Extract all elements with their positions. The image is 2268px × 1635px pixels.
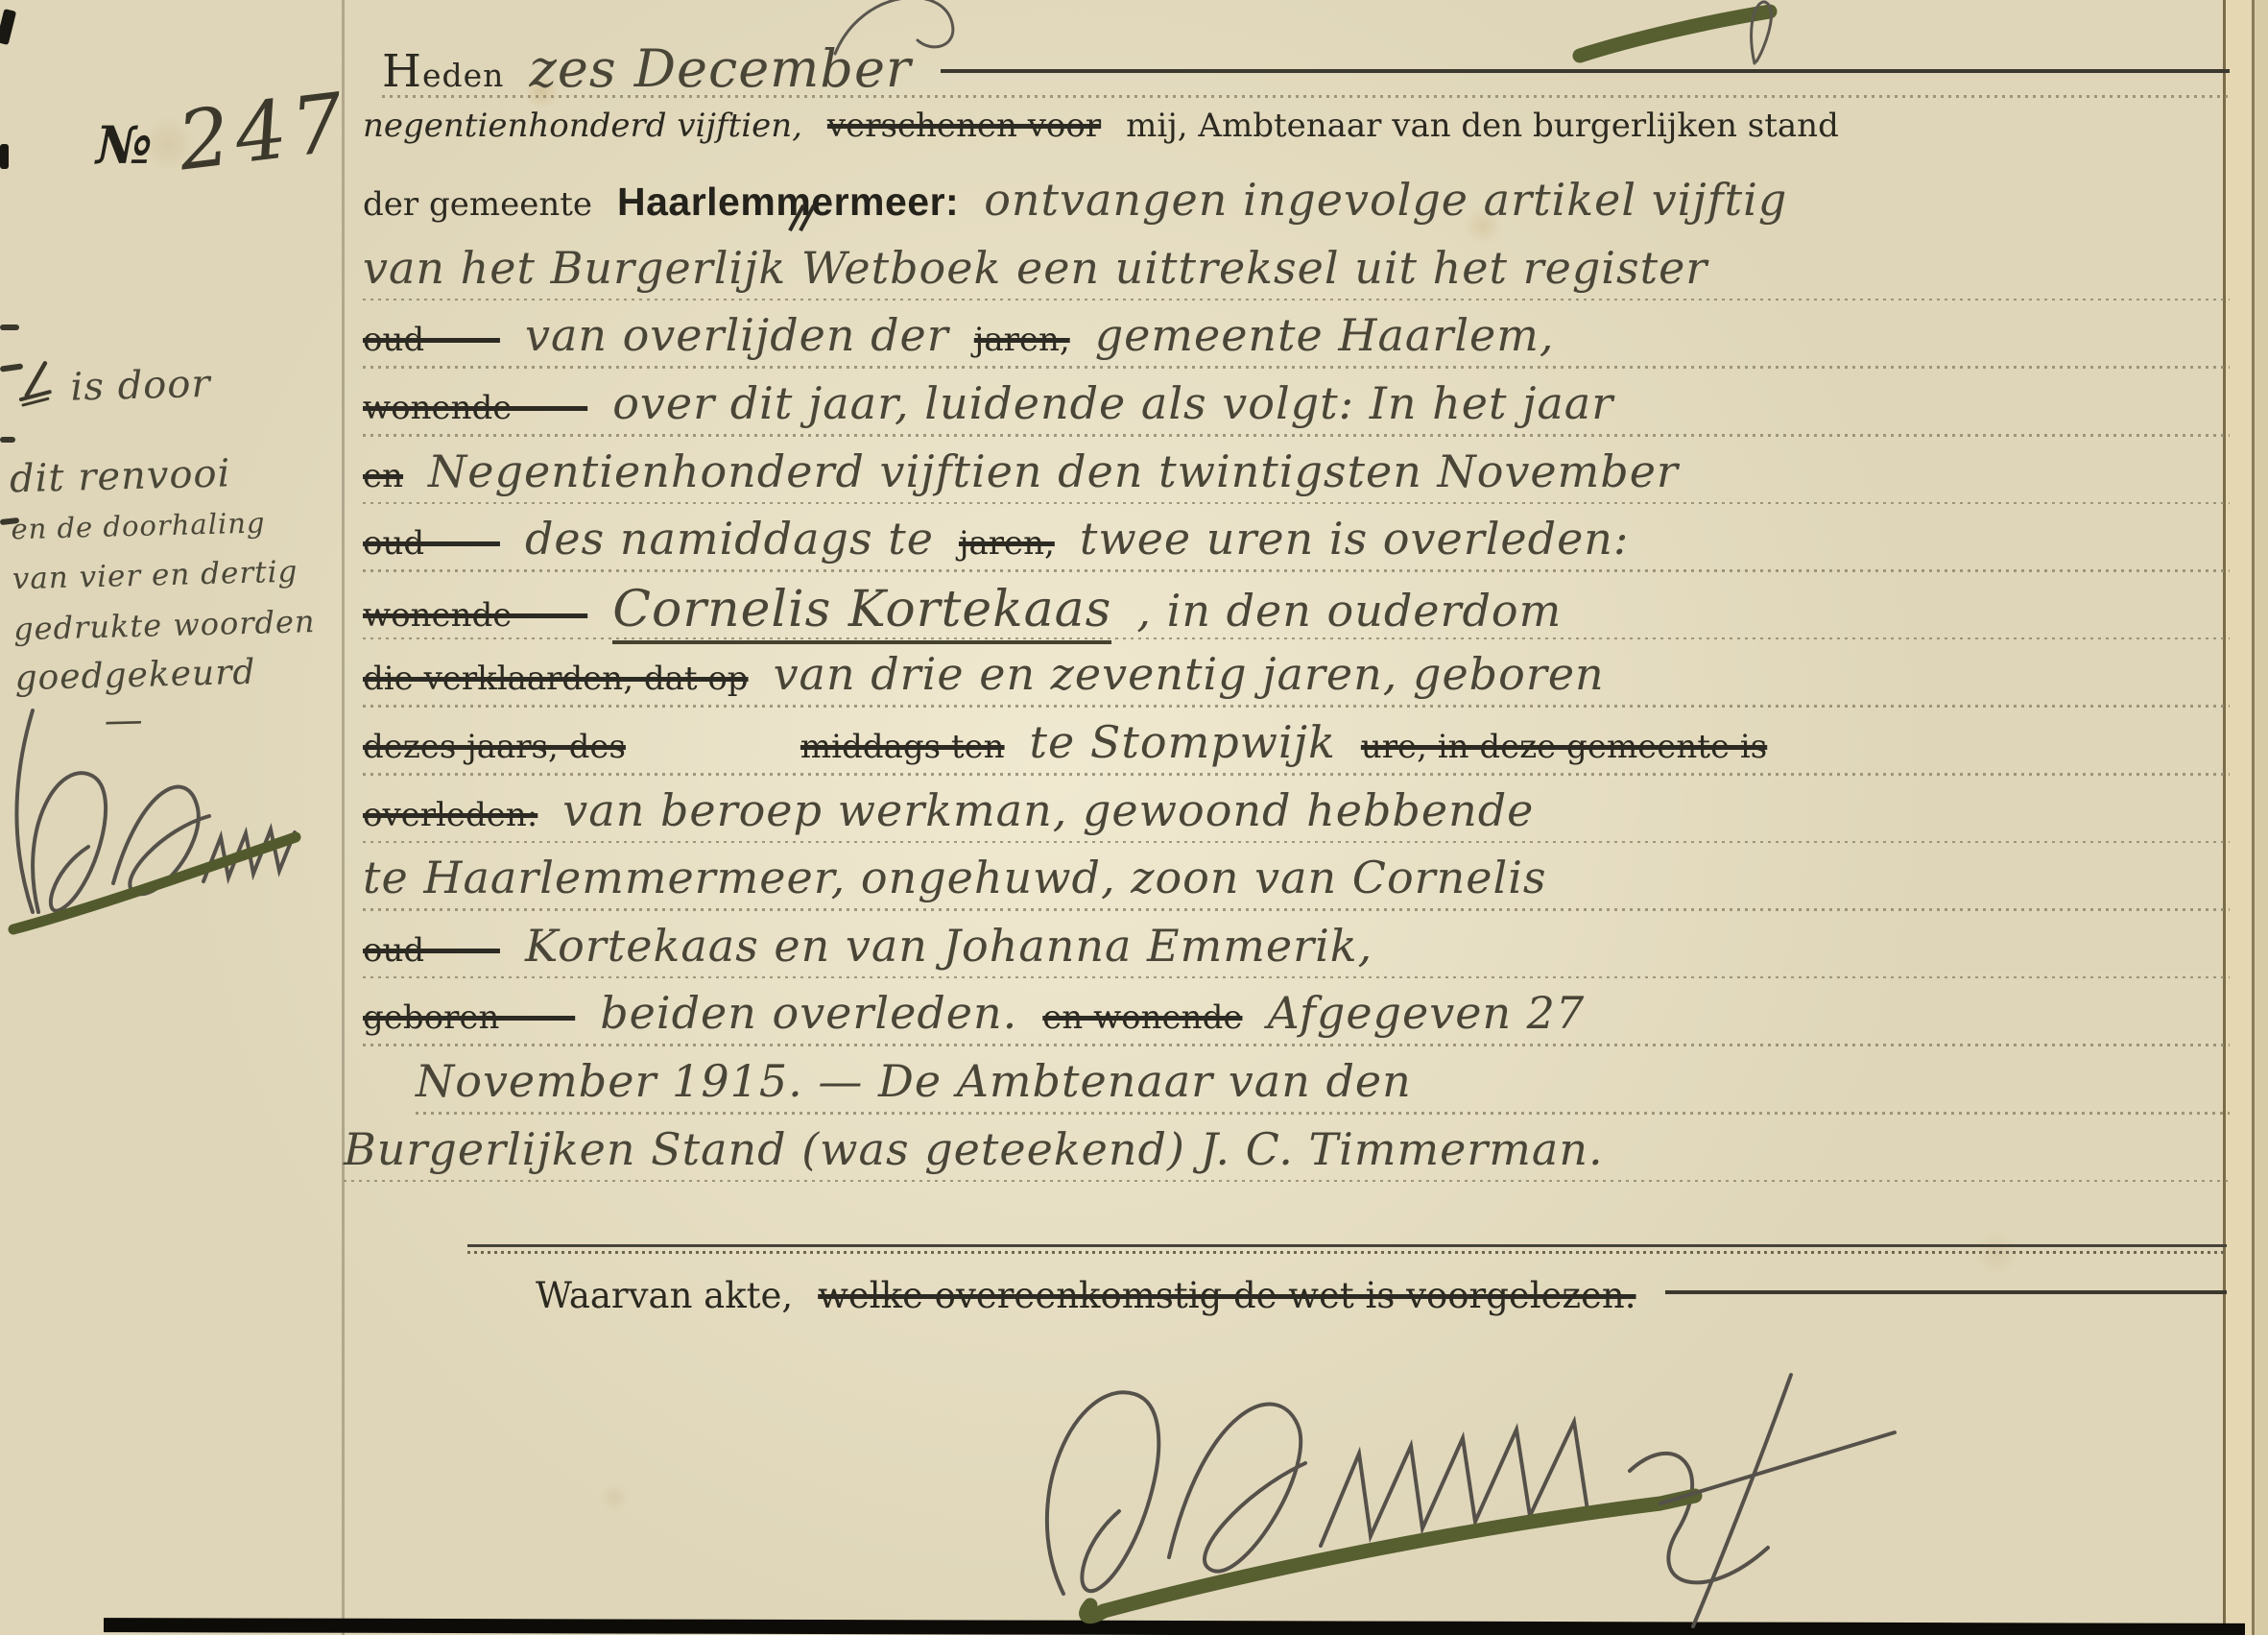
handwritten-text: Cornelis Kortekaas (612, 581, 1111, 644)
struck-printed-text: dezes jaars, des (363, 728, 626, 766)
handwritten-text: Kortekaas en van Johanna Emmerik, (525, 920, 1373, 972)
act-number-value: 247 (173, 75, 354, 189)
section-divider-rule (467, 1244, 2227, 1247)
struck-printed-text: wonende —— (363, 389, 587, 427)
struck-text: welke overeenkomstig de wet is voorgelez… (818, 1275, 1635, 1316)
renvooi-mark-icon (14, 360, 57, 420)
ruled-line (1665, 1290, 2227, 1294)
struck-printed-text: overleden: (363, 796, 537, 834)
struck-printed-text: middags ten (800, 728, 1005, 766)
top-flourish (825, 0, 989, 60)
struck-printed-text: die verklaarden, dat op (363, 660, 749, 698)
printed-text: mij, Ambtenaar van den burgerlijken stan… (1126, 107, 1839, 145)
act-number-label: № (96, 114, 153, 176)
form-line: Burgerlijken Stand (was geteekend) J. C.… (344, 1123, 2230, 1191)
form-line: oud ——Kortekaas en van Johanna Emmerik, (363, 920, 2230, 988)
struck-printed-text: oud —— (363, 524, 500, 563)
form-line: overleden:van beroep werkman, gewoond he… (363, 784, 2230, 853)
struck-printed-text: geboren —— (363, 998, 575, 1037)
page-edge-strip (2226, 0, 2252, 1635)
form-line: wonende ——over dit jaar, luidende als vo… (363, 377, 2230, 445)
form-line: oud ——van overlijden derjaren,gemeente H… (363, 309, 2230, 377)
top-right-pen-stroke (1564, 0, 1795, 72)
form-line: te Haarlemmermeer, ongehuwd, zoon van Co… (363, 852, 2230, 920)
form-line: negentienhonderd vijftien,verschenen voo… (363, 107, 2230, 175)
handwritten-text: twee uren is overleden: (1080, 513, 1630, 565)
printed-text: negentienhonderd vijftien, (363, 107, 802, 145)
handwritten-text: van overlijden der (525, 309, 949, 361)
struck-printed-text: verschenen voor (827, 107, 1101, 145)
handwritten-text: Burgerlijken Stand (was geteekend) J. C.… (344, 1123, 1604, 1175)
form-line: dezes jaars, desmiddags tente Stompwijku… (363, 716, 2230, 784)
form-line: der gemeenteHaarlemmermeer:ontvangen ing… (363, 174, 2230, 242)
margin-note-line: dit renvooi (9, 446, 326, 505)
form-line: Hedenzes December (382, 38, 2230, 107)
struck-printed-text: ure, in deze gemeente is (1361, 728, 1767, 766)
registrar-signature (989, 1317, 1910, 1635)
struck-printed-text: jaren, (974, 321, 1070, 359)
struck-printed-text: jaren, (959, 524, 1055, 563)
handwritten-text: Negentienhonderd vijftien den twintigste… (428, 445, 1679, 497)
margin-note-line: en de doorhaling (11, 496, 328, 555)
form-line: van het Burgerlijk Wetboek een uittrekse… (363, 242, 2230, 310)
insertion-caret-icon (795, 204, 833, 236)
handwritten-text: van drie en zeventig jaren, geboren (774, 648, 1605, 700)
scan-smudge (0, 144, 9, 169)
handwritten-text: te Haarlemmermeer, ongehuwd, zoon van Co… (363, 852, 1547, 903)
form-line: die verklaarden, dat opvan drie en zeven… (363, 648, 2230, 716)
struck-printed-text: wonende —— (363, 596, 587, 635)
handwritten-text: des namiddags te (525, 513, 934, 565)
margin-rule (342, 0, 345, 1635)
act-number: № 247 (96, 88, 349, 182)
form-lines: Hedenzes Decembernegentienhonderd vijfti… (363, 38, 2230, 1190)
printed-text: Waarvan akte, (536, 1275, 793, 1316)
form-line: wonende ——Cornelis Kortekaas, in den oud… (363, 581, 2230, 649)
margin-note-text: is door (70, 362, 211, 410)
form-line: oud ——des namiddags tejaren,twee uren is… (363, 513, 2230, 581)
printed-text: Heden (382, 45, 504, 98)
handwritten-text: ontvangen ingevolge artikel vijftig (984, 174, 1787, 226)
handwritten-text: , in den ouderdom (1136, 585, 1562, 637)
struck-printed-text: en wonende (1042, 998, 1242, 1037)
handwritten-text: over dit jaar, luidende als volgt: In he… (612, 377, 1613, 429)
handwritten-text: gemeente Haarlem, (1095, 309, 1555, 361)
printed-text: Haarlemmermeer: (617, 180, 959, 225)
margin-note-line: van vier en dertig (12, 546, 329, 605)
struck-printed-text: en (363, 457, 403, 495)
scan-smudge (0, 9, 16, 45)
scan-smudge (0, 325, 19, 330)
handwritten-text: van beroep werkman, gewoond hebbende (562, 784, 1534, 836)
form-line: November 1915. — De Ambtenaar van den (416, 1055, 2230, 1123)
handwritten-text: Afgegeven 27 (1267, 987, 1585, 1039)
closing-clause-line: Waarvan akte, welke overeenkomstig de we… (536, 1275, 2227, 1316)
form-line: enNegentienhonderd vijftien den twintigs… (363, 445, 2230, 514)
margin-signature (0, 624, 317, 950)
form-line: geboren ——beiden overleden.en wonendeAfg… (363, 987, 2230, 1055)
page-edge-strip (2255, 0, 2268, 1635)
margin-note-line: is door (7, 353, 324, 421)
scanned-death-record-page: № 247 is door dit renvooi en de doorhali… (0, 0, 2268, 1635)
printed-text: der gemeente (363, 185, 592, 224)
handwritten-text: te Stompwijk (1030, 716, 1336, 768)
struck-printed-text: oud —— (363, 931, 500, 970)
handwritten-text: November 1915. — De Ambtenaar van den (416, 1055, 1412, 1107)
handwritten-text: van het Burgerlijk Wetboek een uittrekse… (363, 242, 1707, 294)
struck-printed-text: oud —— (363, 321, 500, 359)
handwritten-text: beiden overleden. (600, 987, 1017, 1039)
